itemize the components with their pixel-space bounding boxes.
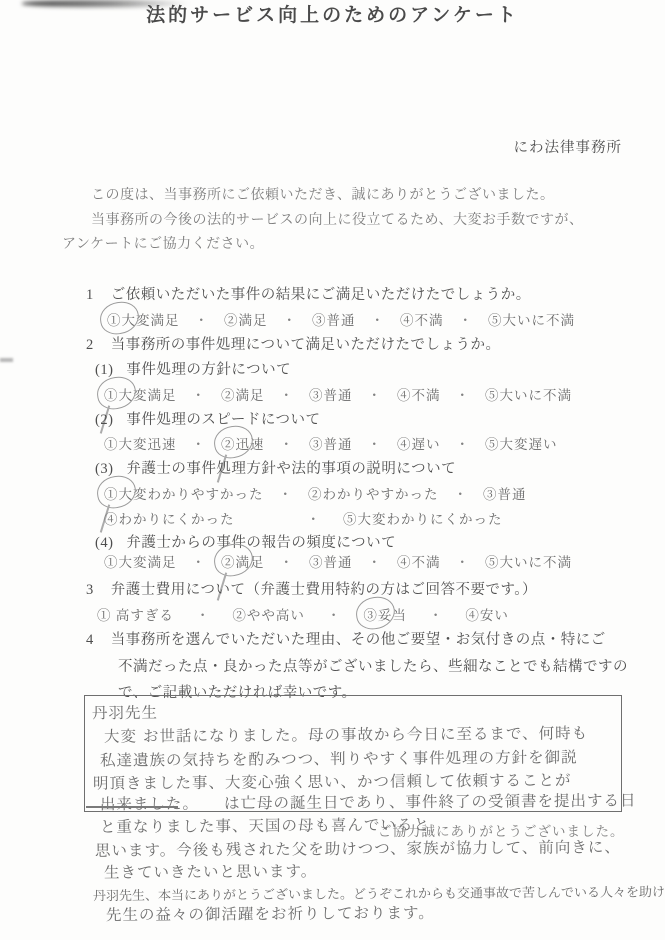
q2-2-option-2: ②迅速 <box>221 433 265 453</box>
question-4-line-2: 不満だった点・良かった点等がございましたら、些細なことでも結構ですの <box>118 655 628 676</box>
handwritten-line-3: 私達遺族の気持ちを酌みつつ、判りやすく事件処理の方針を御説 <box>100 745 578 770</box>
question-2-1: (1)事件処理の方針について <box>95 358 291 379</box>
question-2-3-text: 弁護士の事件処理方針や法的事項の説明について <box>126 461 456 477</box>
question-2-2-text: 事件処理のスピードについて <box>126 412 320 428</box>
intro-line-3: アンケートにご協力ください。 <box>62 233 264 253</box>
q2-3-option-4: ④わかりにくかった <box>104 508 235 528</box>
handwritten-line-2: 大変 お世話になりました。母の事故から今日に至るまで、何時も <box>104 721 588 746</box>
option-separator: ・ <box>459 309 474 329</box>
option-separator: ・ <box>368 433 383 453</box>
question-4-line-1: 当事務所を選んでいただいた理由、その他ご要望・お気付きの点・特にご <box>111 632 606 648</box>
question-3-number: 3 <box>86 582 94 599</box>
q3-option-1: ① 高すぎる <box>97 604 174 624</box>
option-separator: ・ <box>456 551 471 571</box>
q2-4-option-3: ③普通 <box>309 551 353 571</box>
q1-option-5: ⑤大いに不満 <box>488 309 575 329</box>
intro-line-1: この度は、当事務所にご依頼いただき、誠にありがとうございました。 <box>91 184 554 204</box>
question-1-text: ご依頼いただいた事件の結果にご満足いただけたでしょうか。 <box>111 287 531 303</box>
question-1-number: 1 <box>86 287 94 304</box>
question-2-1-options: ①大変満足・②満足・③普通・④不満・⑤大いに不満 <box>104 384 572 404</box>
q2-1-option-4: ④不満 <box>397 384 441 404</box>
office-name: にわ法律事務所 <box>514 136 623 157</box>
q2-1-option-3: ③普通 <box>309 384 353 404</box>
question-2-3-options-row1: ①大変わかりやすかった・②わかりやすかった・③普通 <box>104 483 527 503</box>
q1-option-2: ②満足 <box>224 309 268 329</box>
q3-option-2: ②やや高い <box>232 604 305 624</box>
q3-option-3: ③妥当 <box>363 604 407 624</box>
option-separator: ・ <box>454 483 469 503</box>
question-2-4: (4)弁護士からの事件の報告の頻度について <box>95 531 396 552</box>
option-separator: ・ <box>327 604 342 624</box>
q1-option-1: ①大変満足 <box>107 309 180 329</box>
q2-3-option-3: ③普通 <box>483 483 527 503</box>
q2-4-option-4: ④不満 <box>397 551 441 571</box>
q2-1-option-5: ⑤大いに不満 <box>485 384 572 404</box>
handwritten-line-1: 丹羽先生 <box>92 701 158 723</box>
q2-1-option-2: ②満足 <box>221 384 265 404</box>
question-3-text: 弁護士費用について（弁護士費用特約の方はご回答不要です。） <box>111 582 537 598</box>
question-1: 1ご依頼いただいた事件の結果にご満足いただけたでしょうか。 <box>86 283 531 304</box>
handwritten-underline <box>86 806 178 808</box>
option-separator: ・ <box>192 384 207 404</box>
question-4: 4当事務所を選んでいただいた理由、その他ご要望・お気付きの点・特にご <box>86 628 606 649</box>
option-separator: ・ <box>195 309 210 329</box>
q2-2-option-5: ⑤大変遅い <box>485 433 558 453</box>
q2-4-option-5: ⑤大いに不満 <box>485 551 572 571</box>
question-2-1-number: (1) <box>95 362 113 379</box>
question-2-text: 当事務所の事件処理について満足いただけたでしょうか。 <box>111 337 501 353</box>
question-2: 2当事務所の事件処理について満足いただけたでしょうか。 <box>86 333 500 354</box>
question-3: 3弁護士費用について（弁護士費用特約の方はご回答不要です。） <box>86 578 537 599</box>
handwritten-line-10: 先生の益々の御活躍をお祈りしております。 <box>106 901 435 925</box>
q2-4-option-2: ②満足 <box>221 551 265 571</box>
question-2-2: (2)事件処理のスピードについて <box>95 408 321 429</box>
q2-3-option-5: ⑤大変わかりにくかった <box>343 508 503 528</box>
q2-2-option-4: ④遅い <box>397 433 441 453</box>
option-separator: ・ <box>368 384 383 404</box>
handwritten-line-5b: は亡母の誕生日であり、事件終了の受領書を提出する日 <box>224 789 637 814</box>
option-separator: ・ <box>371 309 386 329</box>
option-separator: ・ <box>280 433 295 453</box>
option-separator: ・ <box>368 551 383 571</box>
handwritten-line-5a: 出来ました。 <box>100 792 199 815</box>
q1-option-4: ④不満 <box>400 309 444 329</box>
q2-2-option-1: ①大変迅速 <box>104 433 177 453</box>
question-2-number: 2 <box>86 337 94 354</box>
q2-3-option-2: ②わかりやすかった <box>308 483 439 503</box>
option-separator: ・ <box>456 384 471 404</box>
question-2-3: (3)弁護士の事件処理方針や法的事項の説明について <box>95 457 456 478</box>
question-4-number: 4 <box>86 632 94 649</box>
option-separator: ・ <box>456 433 471 453</box>
q2-3-option-1: ①大変わかりやすかった <box>104 483 264 503</box>
option-separator: ・ <box>280 384 295 404</box>
q2-2-option-3: ③普通 <box>309 433 353 453</box>
option-separator: ・ <box>192 433 207 453</box>
handwritten-line-8: 生きていきたいと思います。 <box>104 859 317 882</box>
question-2-4-options: ①大変満足・②満足・③普通・④不満・⑤大いに不満 <box>104 551 572 571</box>
option-separator: ・ <box>307 508 322 528</box>
question-2-3-options-row2: ④わかりにくかった・⑤大変わかりにくかった <box>104 508 503 528</box>
q2-4-option-1: ①大変満足 <box>104 551 177 571</box>
question-2-2-number: (2) <box>95 412 113 429</box>
option-separator: ・ <box>429 604 444 624</box>
question-2-2-options: ①大変迅速・②迅速・③普通・④遅い・⑤大変遅い <box>104 433 558 453</box>
scan-artifact-dash <box>0 358 13 362</box>
option-separator: ・ <box>279 483 294 503</box>
q3-option-4: ④安い <box>465 604 509 624</box>
q1-option-3: ③普通 <box>312 309 356 329</box>
question-2-3-number: (3) <box>95 461 113 478</box>
option-separator: ・ <box>192 551 207 571</box>
question-2-4-number: (4) <box>95 535 113 552</box>
question-3-options: ① 高すぎる・②やや高い・③妥当・④安い <box>97 604 509 624</box>
question-2-4-text: 弁護士からの事件の報告の頻度について <box>126 535 396 551</box>
option-separator: ・ <box>283 309 298 329</box>
scanned-survey-page: 法的サービス向上のためのアンケート にわ法律事務所 この度は、当事務所にご依頼い… <box>0 0 665 940</box>
option-separator: ・ <box>196 604 211 624</box>
option-separator: ・ <box>280 551 295 571</box>
survey-title: 法的サービス向上のためのアンケート <box>0 0 665 27</box>
handwritten-line-7: 思います。今後も残された父を助けつつ、家族が協力して、前向きに、 <box>95 835 621 861</box>
q2-1-option-1: ①大変満足 <box>104 384 177 404</box>
question-2-1-text: 事件処理の方針について <box>126 362 291 378</box>
intro-line-2: 当事務所の今後の法的サービスの向上に役立てるため、大変お手数ですが、 <box>91 209 583 229</box>
question-1-options: ①大変満足・②満足・③普通・④不満・⑤大いに不満 <box>107 309 575 329</box>
